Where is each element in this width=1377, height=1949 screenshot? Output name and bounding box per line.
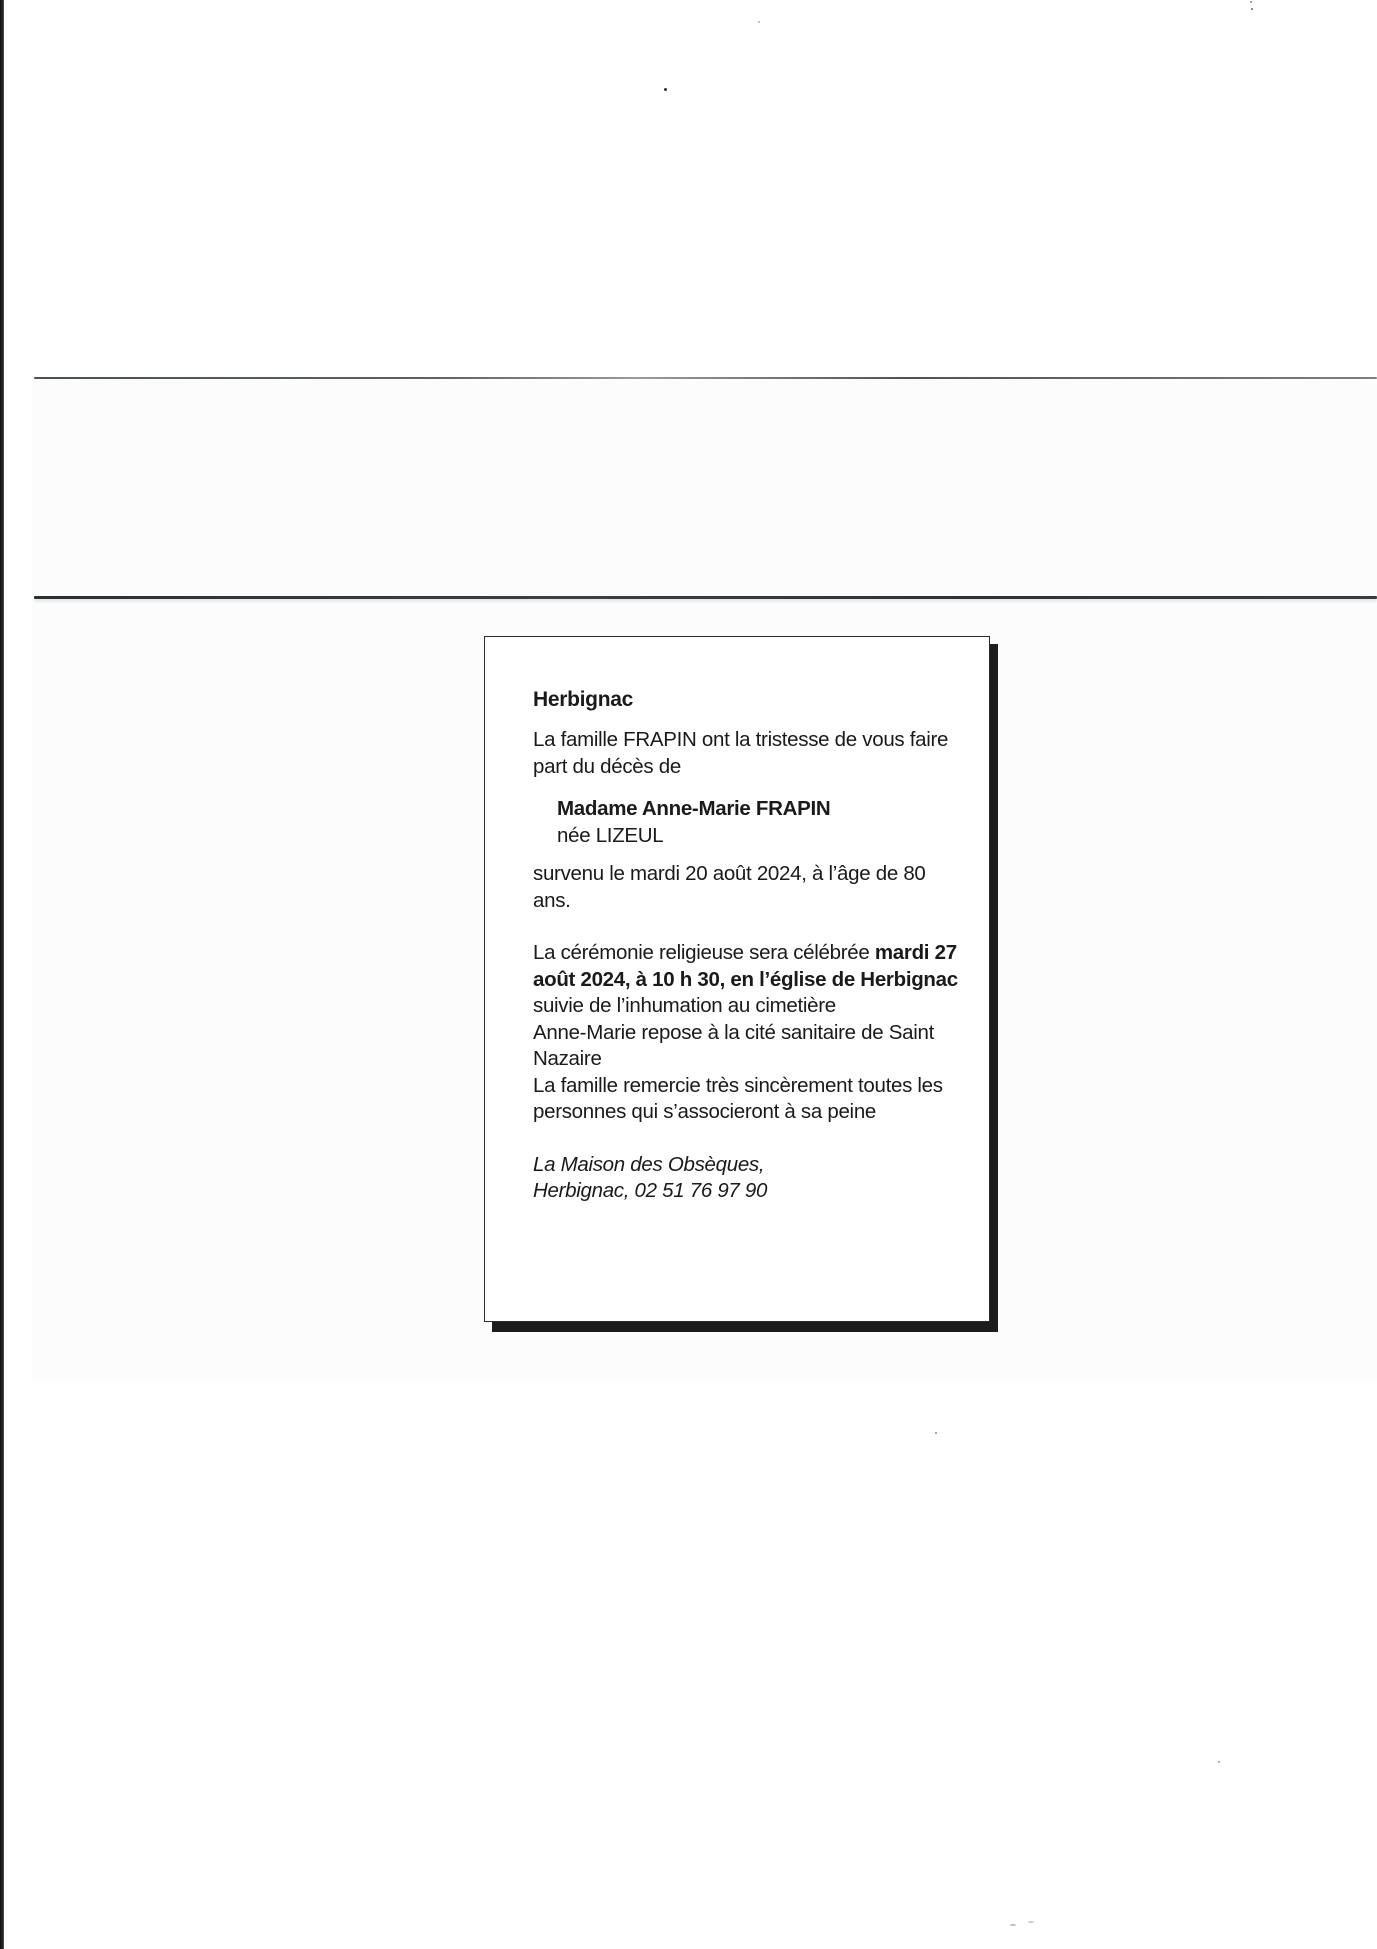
maiden-name: née LIZEUL xyxy=(557,823,959,850)
fold-line-top xyxy=(34,377,1377,379)
deceased-name: Madame Anne-Marie FRAPIN xyxy=(557,796,959,823)
ceremony-intro: La cérémonie religieuse sera célébrée xyxy=(533,941,869,964)
scan-speck xyxy=(758,21,760,23)
scan-speck xyxy=(935,1432,937,1434)
repose-info: Anne-Marie repose à la cité sanitaire de… xyxy=(533,1020,958,1073)
ceremony-continuation: suivie de l’inhumation au cimetière xyxy=(533,994,836,1017)
death-notice-box: Herbignac La famille FRAPIN ont la trist… xyxy=(484,636,990,1322)
scan-speck xyxy=(1028,1921,1034,1923)
ceremony-info: La cérémonie religieuse sera célébrée ma… xyxy=(533,940,958,1020)
scan-speck xyxy=(1251,8,1253,10)
fold-line-bottom xyxy=(34,596,1377,599)
notice-intro: La famille FRAPIN ont la tristesse de vo… xyxy=(533,727,953,780)
scan-speck xyxy=(1010,1924,1016,1926)
funeral-home-name: La Maison des Obsèques, xyxy=(533,1152,959,1179)
thanks-message: La famille remercie très sincèrement tou… xyxy=(533,1073,943,1126)
deceased-name-block: Madame Anne-Marie FRAPIN née LIZEUL xyxy=(533,796,959,849)
scan-left-edge xyxy=(0,0,4,1949)
funeral-home-contact: Herbignac, 02 51 76 97 90 xyxy=(533,1178,959,1205)
scan-speck xyxy=(664,88,667,91)
death-info: survenu le mardi 20 août 2024, à l’âge d… xyxy=(533,861,953,914)
funeral-home-signature: La Maison des Obsèques, Herbignac, 02 51… xyxy=(533,1152,959,1205)
notice-town: Herbignac xyxy=(533,687,959,713)
scan-speck xyxy=(1218,1761,1220,1763)
scan-speck xyxy=(1250,1,1252,3)
